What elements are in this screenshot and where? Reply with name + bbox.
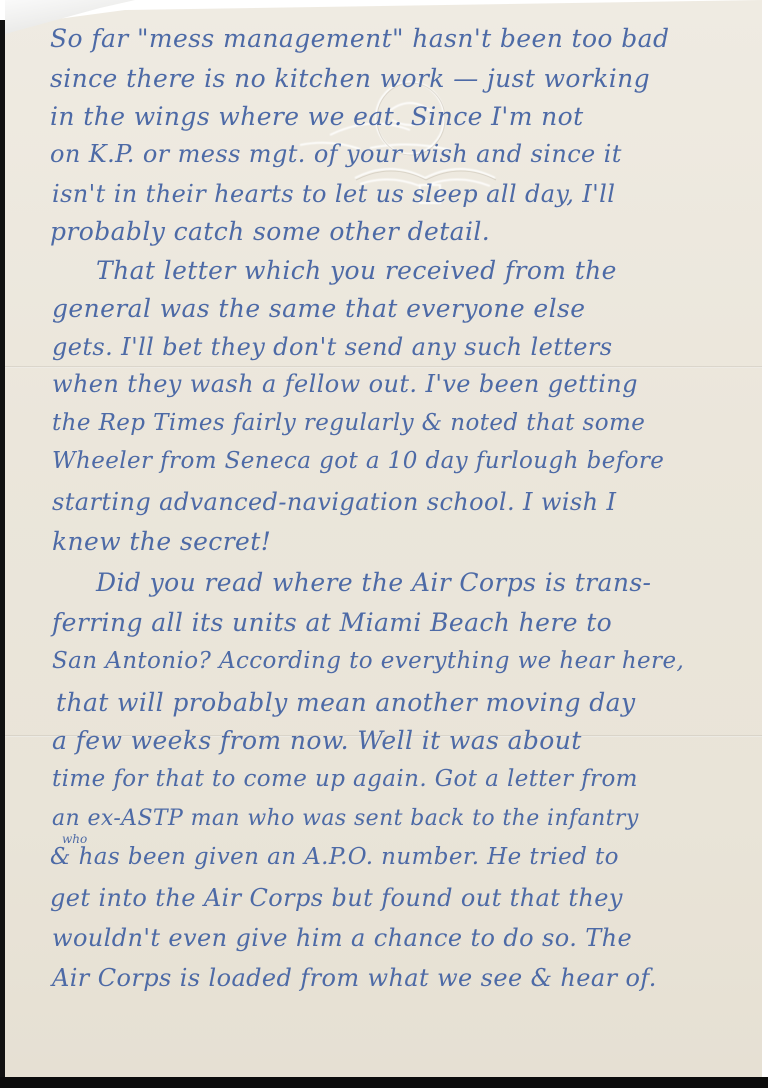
letter-line: Wheeler from Seneca got a 10 day furloug…	[52, 448, 664, 474]
letter-line: in the wings where we eat. Since I'm not	[50, 102, 584, 131]
letter-line: when they wash a fellow out. I've been g…	[52, 370, 638, 398]
letter-line: wouldn't even give him a chance to do so…	[52, 924, 632, 952]
letter-line: starting advanced-navigation school. I w…	[52, 488, 616, 516]
letter-line: gets. I'll bet they don't send any such …	[52, 333, 613, 361]
letter-line: Air Corps is loaded from what we see & h…	[52, 964, 657, 992]
scanned-letter-page: So far "mess management" hasn't been too…	[0, 0, 768, 1088]
letter-body: So far "mess management" hasn't been too…	[0, 0, 768, 1088]
letter-line: ferring all its units at Miami Beach her…	[52, 608, 612, 637]
letter-line: that will probably mean another moving d…	[56, 688, 635, 717]
letter-line: isn't in their hearts to let us sleep al…	[52, 180, 615, 208]
letter-line: general was the same that everyone else	[52, 294, 585, 323]
letter-line: So far "mess management" hasn't been too…	[50, 24, 669, 53]
letter-line: on K.P. or mess mgt. of your wish and si…	[50, 140, 622, 168]
letter-line: since there is no kitchen work — just wo…	[50, 64, 650, 93]
letter-line: probably catch some other detail.	[50, 217, 490, 246]
letter-line: time for that to come up again. Got a le…	[52, 766, 638, 792]
letter-line: That letter which you received from the	[96, 256, 617, 285]
letter-line: San Antonio? According to everything we …	[52, 648, 684, 674]
letter-line: & has been given an A.P.O. number. He tr…	[50, 844, 619, 870]
letter-line: a few weeks from now. Well it was about	[52, 726, 582, 755]
letter-line: get into the Air Corps but found out tha…	[50, 884, 623, 912]
letter-line: knew the secret!	[52, 527, 271, 556]
letter-line: Did you read where the Air Corps is tran…	[96, 568, 651, 597]
letter-line: the Rep Times fairly regularly & noted t…	[52, 410, 645, 436]
letter-line: an ex-ASTP man who was sent back to the …	[52, 806, 639, 831]
